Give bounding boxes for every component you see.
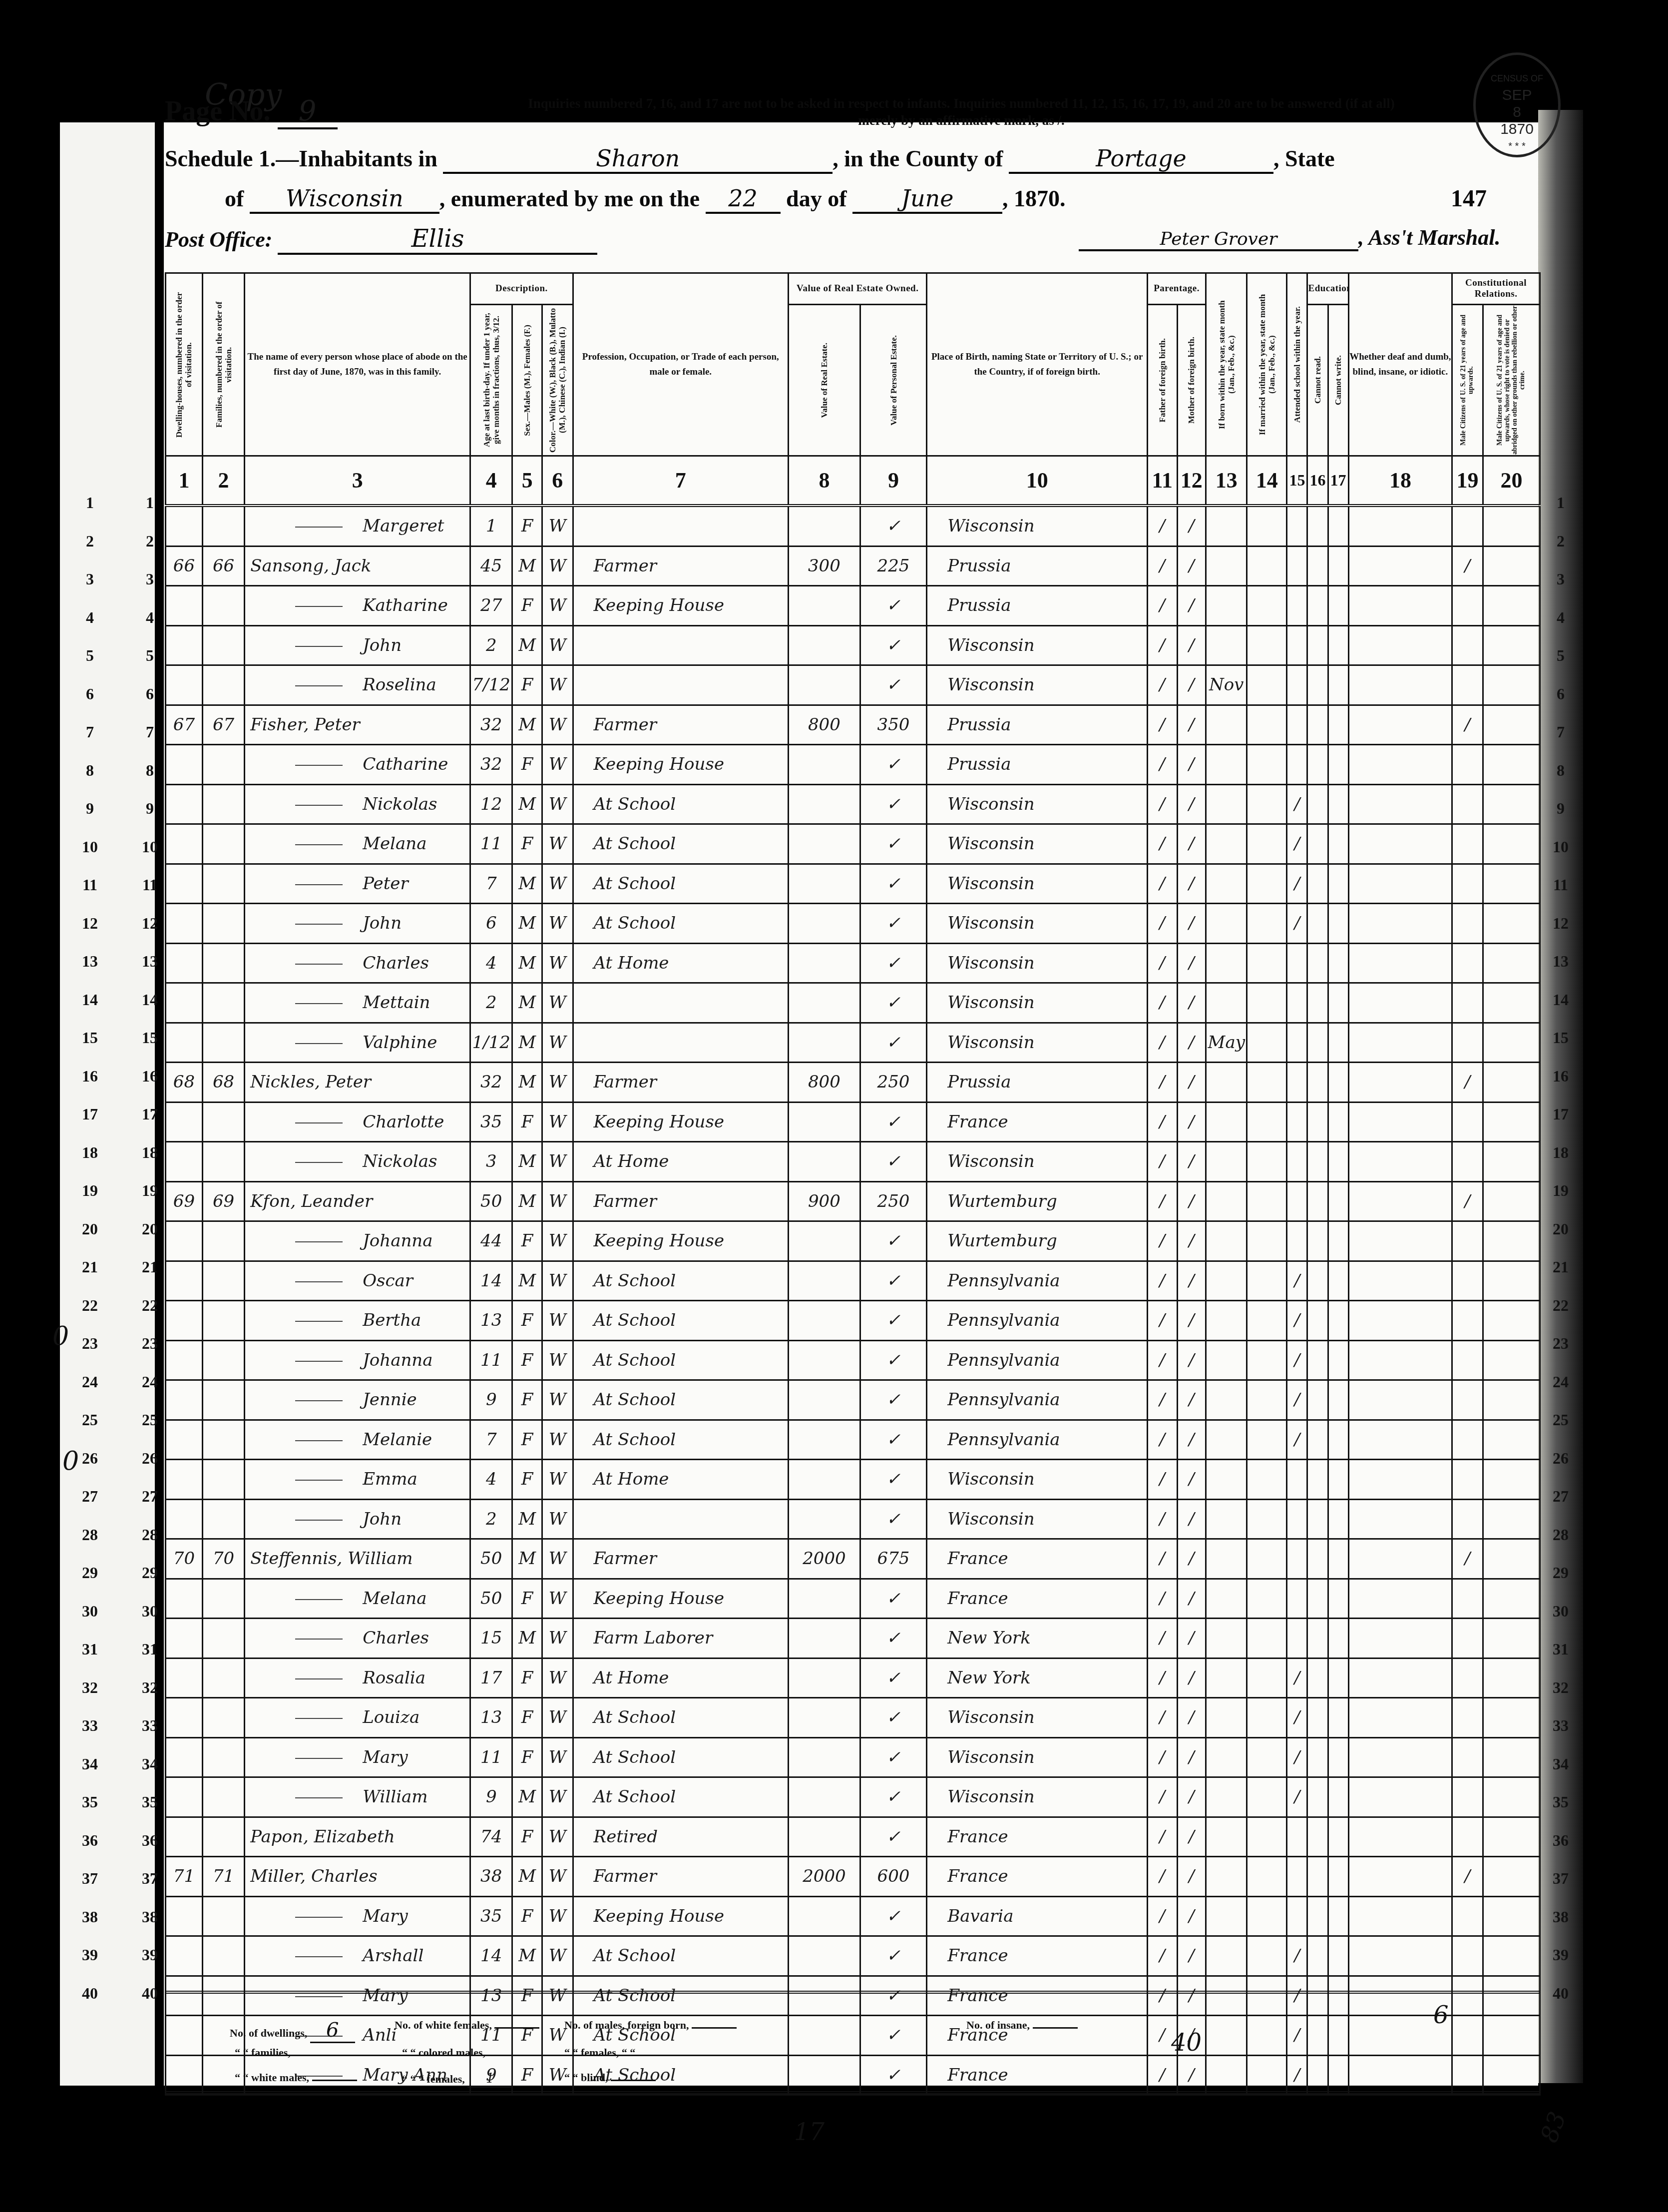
cannot-read-mark — [1307, 586, 1328, 626]
col-num: 4 — [470, 456, 512, 506]
cannot-read-mark — [1307, 1579, 1328, 1619]
father-foreign-mark: / — [1148, 1301, 1178, 1341]
line-number: 26 — [1546, 1439, 1576, 1478]
birthplace: Wurtemburg — [927, 1221, 1148, 1261]
mother-foreign-mark: / — [1177, 705, 1206, 745]
sex: M — [512, 904, 542, 944]
given-name: Roselina — [363, 675, 436, 695]
birthplace: New York — [927, 1658, 1148, 1698]
line-number: 25 — [1546, 1401, 1576, 1439]
table-row: Nickolas12MWAt School✓Wisconsin/// — [166, 784, 1540, 824]
personal-estate-value: ✓ — [860, 824, 927, 864]
family-number — [202, 943, 244, 983]
family-number — [202, 1102, 244, 1142]
birthplace: France — [927, 1857, 1148, 1897]
married-month — [1247, 1102, 1287, 1142]
family-number — [202, 745, 244, 785]
vote-denied-mark — [1483, 1539, 1540, 1579]
infirmity — [1348, 1221, 1452, 1261]
citizen-mark — [1452, 665, 1483, 705]
citizen-mark: / — [1452, 546, 1483, 586]
age: 35 — [470, 1102, 512, 1142]
given-name: Charles — [363, 1628, 429, 1648]
dwelling-number — [166, 1698, 203, 1738]
vote-denied-mark — [1483, 1896, 1540, 1936]
birthplace: Wisconsin — [927, 506, 1148, 546]
person-name: William — [245, 1777, 470, 1817]
mother-foreign-mark: / — [1177, 1579, 1206, 1619]
mother-foreign-mark: / — [1177, 1221, 1206, 1261]
given-name: Melana — [363, 1589, 426, 1609]
real-estate-value — [789, 1499, 860, 1539]
cannot-write-mark — [1328, 1777, 1348, 1817]
given-name: Jennie — [363, 1390, 417, 1410]
birthplace: Prussia — [927, 705, 1148, 745]
line-number: 16 — [70, 1057, 110, 1096]
father-foreign-mark: / — [1148, 1142, 1178, 1182]
instructions-notice: Inquiries numbered 7, 16, and 17 are not… — [424, 95, 1498, 129]
married-month — [1247, 1340, 1287, 1380]
father-foreign-mark: / — [1148, 1023, 1178, 1063]
born-month — [1206, 1221, 1247, 1261]
attended-school-mark — [1287, 1181, 1307, 1221]
line-number: 11 — [135, 866, 165, 904]
person-name: Melana — [245, 824, 470, 864]
cannot-read-mark — [1307, 1539, 1328, 1579]
born-month — [1206, 784, 1247, 824]
line-number: 19 — [135, 1171, 165, 1210]
color: W — [542, 506, 573, 546]
occupation: At School — [573, 1380, 788, 1420]
born-month — [1206, 1698, 1247, 1738]
line-number: 17 — [135, 1095, 165, 1133]
vote-denied-mark — [1483, 1023, 1540, 1063]
cannot-write-mark — [1328, 1340, 1348, 1380]
family-number — [202, 1142, 244, 1182]
personal-estate-value: ✓ — [860, 864, 927, 904]
bottom-note: 17 — [794, 2118, 825, 2146]
marshal-line: Peter Grover, Ass't Marshal. — [1079, 225, 1500, 251]
citizen-mark — [1452, 1658, 1483, 1698]
color: W — [542, 1181, 573, 1221]
notice-line-2: merely by an affirmative mark, as /. — [424, 112, 1498, 129]
cannot-read-mark — [1307, 1896, 1328, 1936]
person-name: Bertha — [245, 1301, 470, 1341]
line-number: 13 — [1546, 942, 1576, 981]
person-name: Fisher, Peter — [245, 705, 470, 745]
group-header-constitutional: Constitutional Relations. — [1452, 273, 1540, 305]
table-row: Louiza13FWAt School✓Wisconsin/// — [166, 1698, 1540, 1738]
citizen-mark — [1452, 864, 1483, 904]
line-number: 32 — [70, 1668, 110, 1707]
sex: F — [512, 1340, 542, 1380]
personal-estate-value: ✓ — [860, 1380, 927, 1420]
col-num: 13 — [1206, 456, 1247, 506]
ditto-dash — [295, 1122, 343, 1123]
line-number: 22 — [70, 1286, 110, 1325]
cannot-write-mark — [1328, 1420, 1348, 1460]
corner-note: 83 — [1535, 2108, 1572, 2147]
line-number: 35 — [135, 1783, 165, 1821]
summary-white-males: “ “ white males, — [235, 2071, 357, 2084]
dwelling-number — [166, 1340, 203, 1380]
line-number: 30 — [70, 1592, 110, 1631]
cannot-write-mark — [1328, 1658, 1348, 1698]
dwelling-number — [166, 1380, 203, 1420]
color: W — [542, 1102, 573, 1142]
married-month — [1247, 1777, 1287, 1817]
born-month — [1206, 864, 1247, 904]
attended-school-mark — [1287, 1460, 1307, 1500]
birthplace: Wisconsin — [927, 864, 1148, 904]
line-number: 23 — [135, 1324, 165, 1363]
given-name: Charles — [363, 953, 429, 973]
surname: Miller — [250, 1866, 300, 1886]
birthplace: Wisconsin — [927, 625, 1148, 665]
line-number: 1 — [70, 484, 110, 522]
family-number — [202, 665, 244, 705]
attended-school-mark — [1287, 1221, 1307, 1261]
color: W — [542, 665, 573, 705]
mother-foreign-mark: / — [1177, 506, 1206, 546]
col-num: 5 — [512, 456, 542, 506]
occupation — [573, 1499, 788, 1539]
attended-school-mark — [1287, 983, 1307, 1023]
father-foreign-mark: / — [1148, 745, 1178, 785]
line-number: 19 — [70, 1171, 110, 1210]
ditto-dash — [295, 844, 343, 845]
dwelling-number — [166, 1896, 203, 1936]
given-name: Arshall — [363, 1946, 423, 1966]
infirmity — [1348, 1857, 1452, 1897]
infirmity — [1348, 1142, 1452, 1182]
real-estate-value — [789, 943, 860, 983]
mother-foreign-mark: / — [1177, 1936, 1206, 1976]
dwelling-number: 69 — [166, 1181, 203, 1221]
mother-foreign-mark: / — [1177, 824, 1206, 864]
person-name: John — [245, 904, 470, 944]
color: W — [542, 1817, 573, 1857]
table-row: Peter7MWAt School✓Wisconsin/// — [166, 864, 1540, 904]
father-foreign-mark: / — [1148, 506, 1178, 546]
post-office-label: Post Office: — [165, 227, 272, 252]
ditto-dash — [295, 685, 343, 686]
infirmity — [1348, 745, 1452, 785]
color: W — [542, 1499, 573, 1539]
vote-denied-mark — [1483, 705, 1540, 745]
birthplace: Wisconsin — [927, 665, 1148, 705]
born-month — [1206, 1658, 1247, 1698]
ditto-dash — [295, 1917, 343, 1918]
real-estate-value: 800 — [789, 705, 860, 745]
real-estate-value — [789, 864, 860, 904]
col-num: 11 — [1148, 456, 1178, 506]
family-number: 69 — [202, 1181, 244, 1221]
table-row: Margeret1FW✓Wisconsin// — [166, 506, 1540, 546]
table-row: John2MW✓Wisconsin// — [166, 1499, 1540, 1539]
age: 17 — [470, 1658, 512, 1698]
father-foreign-mark: / — [1148, 1698, 1178, 1738]
attended-school-mark — [1287, 1579, 1307, 1619]
family-number — [202, 1777, 244, 1817]
born-month — [1206, 1063, 1247, 1103]
father-foreign-mark: / — [1148, 1340, 1178, 1380]
citizen-mark — [1452, 1499, 1483, 1539]
sex: F — [512, 1658, 542, 1698]
personal-estate-value: ✓ — [860, 1261, 927, 1301]
occupation — [573, 506, 788, 546]
married-month — [1247, 1619, 1287, 1659]
given-name: Louiza — [363, 1707, 419, 1727]
real-estate-value — [789, 506, 860, 546]
mother-foreign-mark: / — [1177, 1857, 1206, 1897]
cannot-write-mark — [1328, 904, 1348, 944]
real-estate-value: 2000 — [789, 1539, 860, 1579]
cannot-read-mark — [1307, 983, 1328, 1023]
occupation: At School — [573, 1777, 788, 1817]
family-number — [202, 983, 244, 1023]
infirmity — [1348, 1658, 1452, 1698]
occupation: At School — [573, 1420, 788, 1460]
cannot-read-mark — [1307, 1023, 1328, 1063]
ditto-dash — [295, 1162, 343, 1163]
line-number: 21 — [1546, 1248, 1576, 1286]
ditto-dash — [295, 1678, 343, 1679]
mother-foreign-mark: / — [1177, 784, 1206, 824]
born-month — [1206, 1142, 1247, 1182]
line-number: 16 — [135, 1057, 165, 1096]
given-name: William — [363, 1787, 427, 1807]
birthplace: Wisconsin — [927, 784, 1148, 824]
given-name: Bertha — [363, 1310, 421, 1330]
col-header-occupation: Profession, Occupation, or Trade of each… — [573, 273, 788, 456]
line-number: 25 — [70, 1401, 110, 1439]
attended-school-mark: / — [1287, 1340, 1307, 1380]
age: 9 — [470, 1380, 512, 1420]
occupation — [573, 625, 788, 665]
born-month — [1206, 1340, 1247, 1380]
col-header-mother-foreign: Mother of foreign birth. — [1177, 305, 1206, 456]
table-row: Nickolas3MWAt Home✓Wisconsin// — [166, 1142, 1540, 1182]
family-number — [202, 586, 244, 626]
attended-school-mark — [1287, 665, 1307, 705]
citizen-mark — [1452, 586, 1483, 626]
line-number: 32 — [135, 1668, 165, 1707]
ditto-dash — [295, 1520, 343, 1521]
real-estate-value: 800 — [789, 1063, 860, 1103]
married-month — [1247, 1221, 1287, 1261]
occupation: Farmer — [573, 546, 788, 586]
father-foreign-mark: / — [1148, 1777, 1178, 1817]
family-number — [202, 1499, 244, 1539]
infirmity — [1348, 705, 1452, 745]
occupation: Keeping House — [573, 1579, 788, 1619]
occupation — [573, 1023, 788, 1063]
person-name: John — [245, 1499, 470, 1539]
cannot-write-mark — [1328, 1896, 1348, 1936]
cannot-read-mark — [1307, 705, 1328, 745]
col-header-personal-estate: Value of Personal Estate. — [860, 305, 927, 456]
stamp-year: 1870 — [1476, 121, 1558, 138]
cannot-read-mark — [1307, 1301, 1328, 1341]
line-number: 26 — [70, 1439, 110, 1478]
father-foreign-mark: / — [1148, 824, 1178, 864]
group-header-real-estate: Value of Real Estate Owned. — [789, 273, 927, 305]
table-row: 7171Miller, Charles38MWFarmer2000600Fran… — [166, 1857, 1540, 1897]
person-name: Steffennis, William — [245, 1539, 470, 1579]
family-number — [202, 1936, 244, 1976]
family-number: 70 — [202, 1539, 244, 1579]
citizen-mark: / — [1452, 1539, 1483, 1579]
col-header-born-month: If born within the year, state month (Ja… — [1206, 273, 1247, 456]
cannot-write-mark — [1328, 1102, 1348, 1142]
given-name: Johanna — [363, 1350, 432, 1370]
dwelling-number — [166, 784, 203, 824]
line-number: 15 — [1546, 1019, 1576, 1057]
occupation: At Home — [573, 1460, 788, 1500]
sex: F — [512, 1102, 542, 1142]
line-number: 27 — [135, 1477, 165, 1516]
cannot-write-mark — [1328, 1737, 1348, 1777]
married-month — [1247, 1936, 1287, 1976]
sex: F — [512, 1301, 542, 1341]
cannot-write-mark — [1328, 824, 1348, 864]
age: 2 — [470, 625, 512, 665]
sex: M — [512, 1619, 542, 1659]
color: W — [542, 784, 573, 824]
surname: Nickles — [250, 1072, 315, 1092]
attended-school-mark — [1287, 586, 1307, 626]
citizen-mark: / — [1452, 1181, 1483, 1221]
vote-denied-mark — [1483, 1936, 1540, 1976]
line-number: 24 — [70, 1363, 110, 1401]
table-row: Roselina7/12FW✓Wisconsin//Nov — [166, 665, 1540, 705]
vote-denied-mark — [1483, 1261, 1540, 1301]
color: W — [542, 1936, 573, 1976]
born-month — [1206, 1737, 1247, 1777]
attended-school-mark — [1287, 546, 1307, 586]
col-header-cannot-write: Cannot write. — [1328, 305, 1348, 456]
birthplace: Wurtemburg — [927, 1181, 1148, 1221]
sex: M — [512, 1063, 542, 1103]
attended-school-mark — [1287, 943, 1307, 983]
ditto-dash — [295, 1241, 343, 1242]
citizen-mark — [1452, 1420, 1483, 1460]
born-month — [1206, 1181, 1247, 1221]
line-number: 23 — [1546, 1324, 1576, 1363]
line-number: 5 — [1546, 636, 1576, 675]
occupation: At School — [573, 1261, 788, 1301]
real-estate-value — [789, 1896, 860, 1936]
born-month — [1206, 1936, 1247, 1976]
line-number: 34 — [135, 1745, 165, 1783]
born-month — [1206, 705, 1247, 745]
vote-denied-mark — [1483, 506, 1540, 546]
married-month — [1247, 904, 1287, 944]
ditto-dash — [295, 964, 343, 965]
person-name: Rosalia — [245, 1658, 470, 1698]
cannot-read-mark — [1307, 1063, 1328, 1103]
line-number: 36 — [135, 1821, 165, 1860]
married-month — [1247, 1499, 1287, 1539]
father-foreign-mark: / — [1148, 784, 1178, 824]
mother-foreign-mark: / — [1177, 1063, 1206, 1103]
cannot-write-mark — [1328, 1142, 1348, 1182]
vote-denied-mark — [1483, 1737, 1540, 1777]
table-row: Valphine1/12MW✓Wisconsin//May — [166, 1023, 1540, 1063]
mother-foreign-mark: / — [1177, 983, 1206, 1023]
real-estate-value — [789, 1777, 860, 1817]
table-row: Johanna11FWAt School✓Pennsylvania/// — [166, 1340, 1540, 1380]
color: W — [542, 546, 573, 586]
line-number: 28 — [70, 1516, 110, 1554]
person-name: Roselina — [245, 665, 470, 705]
age: 7/12 — [470, 665, 512, 705]
personal-estate-value: 250 — [860, 1063, 927, 1103]
attended-school-mark: / — [1287, 1737, 1307, 1777]
col-header-citizen: Male Citizens of U. S. of 21 years of ag… — [1452, 305, 1483, 456]
real-estate-value — [789, 586, 860, 626]
cannot-write-mark — [1328, 1023, 1348, 1063]
line-number: 35 — [1546, 1783, 1576, 1821]
line-number: 21 — [135, 1248, 165, 1286]
given-name: Valphine — [363, 1033, 437, 1053]
cannot-read-mark — [1307, 864, 1328, 904]
born-month — [1206, 625, 1247, 665]
surname: Kfon — [250, 1191, 290, 1211]
cannot-write-mark — [1328, 586, 1348, 626]
mother-foreign-mark: / — [1177, 1023, 1206, 1063]
father-foreign-mark: / — [1148, 1380, 1178, 1420]
family-number — [202, 1221, 244, 1261]
dwelling-number — [166, 1221, 203, 1261]
occupation: At School — [573, 864, 788, 904]
post-office-line: Post Office: Ellis — [165, 225, 597, 255]
enumeration-line: of Wisconsin, enumerated by me on the 22… — [225, 185, 1066, 214]
sex: M — [512, 1777, 542, 1817]
real-estate-value — [789, 625, 860, 665]
line-number: 32 — [1546, 1668, 1576, 1707]
born-month — [1206, 506, 1247, 546]
sex: M — [512, 1181, 542, 1221]
group-header-description: Description. — [470, 273, 573, 305]
of-label: of — [225, 186, 244, 211]
schedule-label: Schedule 1.—Inhabitants in — [165, 146, 437, 171]
line-number: 6 — [1546, 675, 1576, 713]
occupation: At School — [573, 1936, 788, 1976]
age: 3 — [470, 1142, 512, 1182]
citizen-mark — [1452, 1380, 1483, 1420]
cannot-write-mark — [1328, 1301, 1348, 1341]
age: 50 — [470, 1539, 512, 1579]
sex: F — [512, 665, 542, 705]
cannot-write-mark — [1328, 864, 1348, 904]
family-number — [202, 1420, 244, 1460]
citizen-mark — [1452, 1221, 1483, 1261]
page-number-value: 9 — [278, 95, 338, 129]
table-row: 6868Nickles, Peter32MWFarmer800250Prussi… — [166, 1063, 1540, 1103]
sheet-number: 147 — [1451, 185, 1487, 212]
vote-denied-mark — [1483, 1420, 1540, 1460]
married-month — [1247, 1817, 1287, 1857]
table-header: Dwelling-houses, numbered in the order o… — [166, 273, 1540, 506]
attended-school-mark: / — [1287, 1301, 1307, 1341]
line-number: 3 — [70, 560, 110, 598]
age: 11 — [470, 824, 512, 864]
cannot-write-mark — [1328, 1579, 1348, 1619]
dwelling-number — [166, 1737, 203, 1777]
infirmity — [1348, 1181, 1452, 1221]
